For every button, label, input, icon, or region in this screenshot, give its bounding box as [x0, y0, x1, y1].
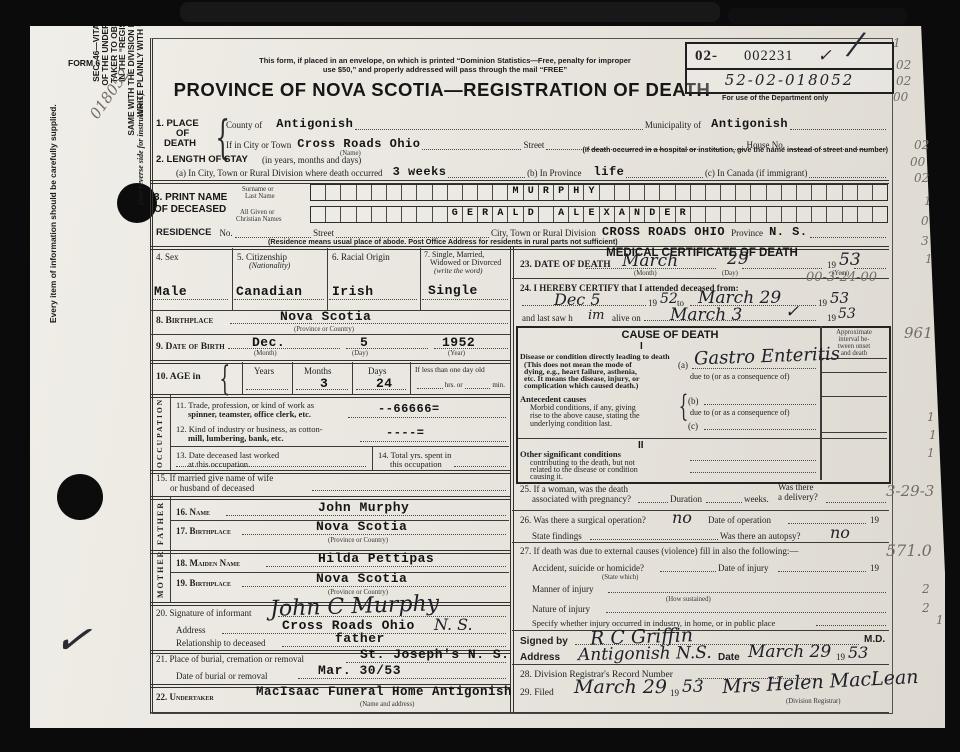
letter-cell: [781, 207, 796, 222]
letter-cell: [720, 207, 735, 222]
surname-letter-boxes: MURPHY: [310, 184, 888, 201]
dotted-line: [626, 167, 703, 178]
birthplace-label: 8. Birthplace: [156, 316, 213, 326]
dotted-line: [454, 466, 506, 467]
burial-date-value: Mar. 30/53: [318, 663, 401, 678]
last-saw-date: March 3: [670, 305, 742, 325]
s11-label2: spinner, teamster, office clerk, etc.: [188, 409, 311, 419]
s15-label2: or husband of deceased: [170, 483, 254, 493]
residence-province-value: N. S.: [769, 225, 808, 239]
scanned-death-certificate: FORM 6 SEC. 46—VITAL STATISTICS ACT MAKE…: [30, 26, 945, 728]
form-bottom-border: [150, 712, 889, 713]
dotted-line: [660, 571, 716, 572]
physician-address-value: Antigonish N.S.: [578, 643, 712, 665]
dotted-line: [356, 389, 406, 390]
s2b-value: life: [594, 165, 625, 179]
mail-note-line2: use $50,” and properly addressed will pa…: [180, 65, 710, 74]
letter-cell: Y: [583, 185, 598, 200]
mother-side-label: MOTHER: [156, 556, 165, 598]
autopsy-value: no: [830, 523, 850, 542]
handwritten-annotation: 02: [914, 171, 929, 185]
s1-note: (If death occurred in a hospital or inst…: [500, 145, 888, 154]
handwritten-annotation: 2: [922, 582, 930, 596]
dotted-line: [690, 472, 816, 473]
findings-label: State findings: [532, 531, 582, 541]
letter-cell: [401, 185, 416, 200]
letter-cell: [340, 207, 355, 222]
dob-month-caption: (Month): [254, 350, 277, 357]
letter-cell: X: [599, 207, 614, 222]
letter-cell: [826, 207, 841, 222]
registration-number: 52-02-018052: [687, 71, 892, 89]
residence-note: (Residence means usual place of abode. P…: [268, 237, 618, 246]
letter-cell: L: [507, 207, 522, 222]
signed-year: 53: [848, 643, 868, 662]
dotted-line: [522, 305, 646, 306]
filed-label: 29. Filed: [520, 688, 554, 698]
surname-caption: Surname or: [242, 186, 274, 193]
dod-year-printed: 19: [827, 260, 836, 270]
letter-cell: [325, 207, 340, 222]
undertaker-caption: (Name and address): [360, 701, 414, 708]
birthplace-caption: (Province or Country): [294, 326, 354, 333]
handwritten-annotation: 1: [927, 446, 935, 460]
letter-cell: [842, 185, 857, 200]
letter-cell: [690, 207, 705, 222]
letter-cell: [325, 185, 340, 200]
dept-serial: 002231: [744, 48, 794, 65]
letter-cell: [462, 185, 477, 200]
letter-cell: P: [553, 185, 568, 200]
scan-artifact: [728, 8, 908, 24]
divider: [512, 630, 889, 631]
given-name-letter-boxes: GERALDALEXANDER: [310, 206, 888, 223]
filed-year-printed: 19: [670, 688, 679, 698]
delivery-label1: Was there: [778, 482, 814, 492]
scan-edge-bottom: [0, 728, 960, 752]
relationship-label: Relationship to deceased: [176, 638, 265, 648]
dotted-line: [176, 466, 366, 467]
s2c-label: (c) In Canada (if immigrant): [705, 168, 807, 178]
handwritten-annotation: 02: [896, 74, 911, 88]
s11-value: --66666=: [378, 402, 440, 416]
operation-year-printed: 19: [870, 515, 879, 525]
town-label: If in City or Town: [226, 140, 291, 150]
see-reverse-note: (See reverse side for instructions.): [136, 75, 145, 205]
dotted-line: [704, 404, 816, 405]
given-caption2: Christian Names: [236, 216, 282, 223]
letter-cell: [705, 207, 720, 222]
handwritten-annotation: 0: [921, 214, 929, 228]
informant-label: 20. Signature of informant: [156, 608, 251, 618]
s3-label2: OF DECEASED: [154, 204, 226, 215]
letter-cell: [356, 185, 371, 200]
occupation-side-label: OCCUPATION: [155, 398, 164, 468]
dotted-line: [644, 320, 816, 321]
brace-glyph: {: [679, 392, 689, 422]
column-divider: [510, 246, 514, 712]
dotted-line: [417, 378, 443, 389]
residence-no-label: No.: [219, 228, 232, 238]
dotted-line: [810, 227, 886, 238]
letter-cell: [447, 185, 462, 200]
group-border: [170, 496, 171, 550]
dotted-line: [422, 299, 508, 300]
cell-border: [292, 362, 293, 394]
attended-to-year: 53: [830, 289, 849, 307]
roman-one: I: [640, 341, 643, 352]
injury-date-label: Date of injury: [718, 563, 768, 573]
father-birthplace-value: Nova Scotia: [316, 519, 407, 534]
dotted-line: [742, 268, 822, 269]
letter-cell: A: [614, 207, 629, 222]
pregnancy-label2: associated with pregnancy?: [532, 494, 631, 504]
letter-cell: U: [523, 185, 538, 200]
marital-sublabel: (write the word): [434, 266, 482, 275]
letter-cell: [842, 207, 857, 222]
municipality-value: Antigonish: [711, 117, 788, 131]
physician-address-label: Address: [520, 652, 560, 663]
operation-label: 26. Was there a surgical operation?: [520, 515, 646, 525]
age-min-label: min.: [492, 381, 505, 389]
informant-address-label: Address: [176, 625, 206, 635]
letter-cell: [340, 185, 355, 200]
dotted-line: [788, 523, 866, 524]
letter-cell: [872, 207, 887, 222]
age-hrs-label: hrs. or: [445, 381, 463, 389]
manner-label: Manner of injury: [532, 584, 593, 594]
medical-certificate-title: MEDICAL CERTIFICATE OF DEATH: [516, 247, 888, 259]
dotted-line: [298, 678, 506, 679]
cell-border: [420, 248, 421, 310]
letter-cell: [735, 185, 750, 200]
handwritten-annotation: 00: [910, 155, 925, 169]
dod-month-caption: (Month): [634, 270, 657, 277]
cell-border: [352, 362, 353, 394]
dotted-line: [638, 502, 668, 503]
cause-desc-line: complication which caused death.): [524, 381, 638, 390]
alive-on-label: alive on: [612, 313, 641, 323]
letter-cell: [371, 207, 386, 222]
relationship-value: father: [335, 631, 385, 646]
letter-cell: [872, 185, 887, 200]
operation-value: no: [672, 508, 692, 527]
sex-value: Male: [154, 284, 187, 299]
letter-cell: [416, 207, 431, 222]
marital-value: Single: [428, 283, 478, 298]
s2b-label: (b) In Province: [527, 168, 581, 178]
county-label: County of: [226, 120, 262, 130]
handwritten-annotation: 1: [929, 428, 937, 442]
how-sustained-caption: (How sustained): [666, 596, 711, 603]
cell-border: [242, 362, 243, 394]
accident-label: Accident, suicide or homicide?: [532, 563, 644, 573]
group-border: [170, 394, 171, 470]
letter-cell: R: [675, 207, 690, 222]
dotted-line: [348, 417, 506, 418]
dotted-line: [266, 566, 506, 567]
handwritten-annotation: ✓: [51, 612, 95, 668]
letter-cell: [432, 207, 447, 222]
sex-label: 4. Sex: [156, 252, 179, 262]
cause-due2-label: due to (or as a consequence of): [690, 408, 790, 417]
dotted-line: [228, 348, 340, 349]
residence-city-value: CROSS ROADS OHIO: [602, 225, 725, 239]
divider: [821, 396, 887, 397]
signed-by-label: Signed by: [520, 636, 568, 647]
letter-cell: [356, 207, 371, 222]
cell-border: [372, 446, 373, 470]
page-title: PROVINCE OF NOVA SCOTIA—REGISTRATION OF …: [162, 79, 722, 101]
dotted-line: [465, 378, 491, 389]
letter-cell: [735, 207, 750, 222]
letter-cell: [705, 185, 720, 200]
s3-label: 3. PRINT NAME: [154, 192, 227, 203]
undertaker-label: 22. Undertaker: [156, 692, 214, 702]
dotted-line: [448, 167, 525, 178]
handwritten-annotation: 961: [904, 324, 933, 342]
father-name-label: 16. Name: [176, 507, 210, 517]
roman-two: II: [638, 440, 644, 451]
external-causes-label: 27. If death was due to external causes …: [520, 546, 798, 556]
dotted-line: [586, 268, 716, 269]
dotted-line: [230, 323, 508, 324]
dob-year-caption: (Year): [448, 350, 465, 357]
dept-caption: For use of the Department only: [722, 93, 828, 102]
letter-cell: [690, 185, 705, 200]
divider: [821, 432, 887, 433]
dotted-line: [606, 612, 886, 613]
divider: [512, 542, 889, 543]
letter-cell: E: [659, 207, 674, 222]
mother-maiden-value: Hilda Pettipas: [318, 551, 434, 566]
last-saw-year-printed: 19: [827, 313, 836, 323]
divider: [512, 664, 889, 665]
dotted-line: [242, 586, 506, 587]
filed-date-value: March 29: [574, 676, 667, 698]
cell-border: [327, 248, 328, 310]
dotted-line: [706, 502, 742, 503]
dotted-line: [590, 539, 718, 540]
town-value: Cross Roads Ohio: [297, 137, 420, 151]
date-of-death-day: 29: [727, 249, 749, 269]
mother-maiden-label: 18. Maiden Name: [176, 558, 240, 568]
delivery-label2: a delivery?: [778, 492, 818, 502]
cause-c-label: (c): [688, 421, 698, 431]
letter-cell: [796, 185, 811, 200]
s13-label2: at this occupation.: [188, 459, 250, 469]
father-birthplace-caption: (Province or Country): [328, 537, 388, 544]
letter-cell: [599, 185, 614, 200]
age-years-label: Years: [254, 366, 274, 376]
dotted-line: [355, 119, 643, 130]
letter-cell: [644, 185, 659, 200]
s1-label3: DEATH: [164, 138, 196, 149]
checkmark: ✓: [818, 46, 832, 66]
letter-cell: M: [507, 185, 522, 200]
surname-caption2: Last Name: [245, 193, 275, 200]
s2a-value: 3 weeks: [393, 165, 447, 179]
letter-cell: [826, 185, 841, 200]
letter-cell: H: [568, 185, 583, 200]
citizenship-sublabel: (Nationality): [249, 261, 290, 270]
letter-cell: [432, 185, 447, 200]
dotted-line: [816, 625, 886, 626]
letter-cell: A: [492, 207, 507, 222]
letter-cell: [750, 207, 765, 222]
date-of-death-year: 53: [839, 250, 861, 270]
signed-year-printed: 19: [836, 652, 845, 662]
burial-place-label: 21. Place of burial, cremation or remova…: [156, 654, 304, 664]
letter-cell: [796, 207, 811, 222]
divider: [821, 372, 887, 373]
last-saw-label: and last saw h: [522, 313, 573, 323]
antecedent-line: underlying condition last.: [530, 419, 612, 428]
operation-date-label: Date of operation: [708, 515, 771, 525]
department-number-box: 02- 002231 ✓ 52-02-018052: [685, 42, 894, 94]
citizenship-value: Canadian: [236, 284, 302, 299]
letter-cell: [311, 185, 325, 200]
letter-cell: [720, 185, 735, 200]
dotted-line: [296, 389, 348, 390]
signed-date-value: March 29: [748, 642, 831, 662]
attended-from-year-printed: 19: [648, 298, 657, 308]
s14-label2: this occupation: [390, 459, 442, 469]
dotted-line: [826, 502, 886, 503]
handwritten-annotation: 1: [924, 194, 932, 208]
undertaker-value: MacIsaac Funeral Home Antigonish: [256, 685, 512, 699]
divider: [150, 360, 510, 364]
letter-cell: D: [644, 207, 659, 222]
s12-value: ----=: [386, 426, 425, 440]
father-name-value: John Murphy: [318, 500, 409, 515]
autopsy-label: Was there an autopsy?: [720, 531, 801, 541]
cause-b-label: (b): [688, 396, 699, 406]
cause-due1-label: due to (or as a consequence of): [690, 372, 790, 381]
letter-cell: R: [538, 185, 553, 200]
handwritten-annotation: 1: [927, 410, 935, 424]
letter-cell: [614, 185, 629, 200]
letter-cell: [857, 185, 872, 200]
weeks-label: weeks.: [744, 494, 769, 504]
s12-label2: mill, lumbering, bank, etc.: [188, 433, 284, 443]
dotted-line: [608, 592, 886, 593]
letter-cell: L: [568, 207, 583, 222]
scan-artifact: [180, 2, 720, 22]
burial-date-label: Date of burial or removal: [176, 671, 267, 681]
letter-cell: A: [553, 207, 568, 222]
burial-place-value: St. Joseph's N. S.: [360, 647, 509, 662]
dotted-line: [346, 348, 428, 349]
mother-birthplace-label: 19. Birthplace: [176, 578, 231, 588]
divider: [170, 446, 509, 447]
given-caption: All Given or: [240, 209, 274, 216]
dotted-line: [690, 460, 816, 461]
cell-border: [410, 362, 411, 394]
cause-a-label: (a): [678, 360, 688, 370]
dotted-line: [704, 429, 816, 430]
birthplace-value: Nova Scotia: [280, 309, 371, 324]
age-less-label: If less than one day old: [415, 365, 485, 374]
registrar-caption: (Division Registrar): [786, 698, 841, 705]
letter-cell: D: [523, 207, 538, 222]
letter-cell: [857, 207, 872, 222]
cell-border: [232, 248, 233, 310]
county-value: Antigonish: [276, 117, 353, 131]
dotted-line: [246, 389, 288, 390]
racial-origin-label: 6. Racial Origin: [332, 252, 390, 262]
dob-day-caption: (Day): [352, 350, 368, 357]
letter-cell: N: [629, 207, 644, 222]
pregnancy-label: 25. If a woman, was the death: [520, 484, 628, 494]
s15-label: 15. If married give name of wife: [156, 473, 273, 483]
handwritten-annotation: 02: [914, 138, 929, 152]
age-label: 10. AGE in: [156, 372, 201, 382]
letter-cell: E: [583, 207, 598, 222]
handwritten-annotation: 02: [896, 58, 911, 72]
letter-cell: [492, 185, 507, 200]
every-item-note: Every item of information should be care…: [48, 91, 58, 323]
punch-hole: [57, 474, 103, 520]
letter-cell: [629, 185, 644, 200]
letter-cell: [386, 207, 401, 222]
letter-cell: [766, 207, 781, 222]
dotted-line: [234, 299, 324, 300]
informant-address-province: N. S.: [434, 615, 473, 634]
handwritten-annotation: 1: [925, 252, 933, 266]
age-months-label: Months: [304, 366, 332, 376]
dotted-line: [854, 268, 886, 269]
dotted-line: [790, 119, 886, 130]
dotted-line: [360, 441, 506, 442]
dotted-line: [434, 348, 508, 349]
injury-year-printed: 19: [870, 563, 879, 573]
other-conditions-line: causing it.: [530, 472, 563, 481]
handwritten-annotation: 1: [893, 36, 901, 50]
dotted-line: [226, 515, 506, 516]
dotted-line: [152, 299, 228, 300]
letter-cell: G: [447, 207, 462, 222]
father-side-label: FATHER: [156, 503, 165, 545]
dotted-line: [329, 299, 417, 300]
dotted-line: [692, 368, 816, 369]
last-saw-him: im: [588, 308, 605, 323]
handwritten-annotation: 00: [893, 90, 908, 104]
mail-note-line1: This form, if placed in an envelope, on …: [180, 56, 710, 65]
interval-caption1: Approximate: [823, 329, 885, 336]
attended-to-year-printed: 19: [818, 298, 827, 308]
divider: [518, 438, 887, 439]
letter-cell: [659, 185, 674, 200]
handwritten-annotation: 3-29-3: [886, 482, 934, 500]
handwritten-annotation: 1: [936, 613, 944, 627]
racial-origin-value: Irish: [332, 284, 374, 299]
letter-cell: R: [477, 207, 492, 222]
signed-date-label: Date: [718, 652, 740, 663]
letter-cell: [766, 185, 781, 200]
dotted-line: [809, 167, 886, 178]
letter-cell: [371, 185, 386, 200]
letter-cell: [781, 185, 796, 200]
residence-province-label: Province: [731, 228, 763, 238]
residence-label: RESIDENCE: [156, 227, 211, 238]
handwritten-annotation: 571.0: [886, 541, 932, 560]
divider: [512, 510, 889, 511]
letter-cell: [811, 207, 826, 222]
filed-year: 53: [682, 677, 704, 697]
s2a-label: (a) In City, Town or Rural Division wher…: [176, 168, 383, 178]
handwritten-annotation: 00-3-24-00: [806, 270, 877, 285]
